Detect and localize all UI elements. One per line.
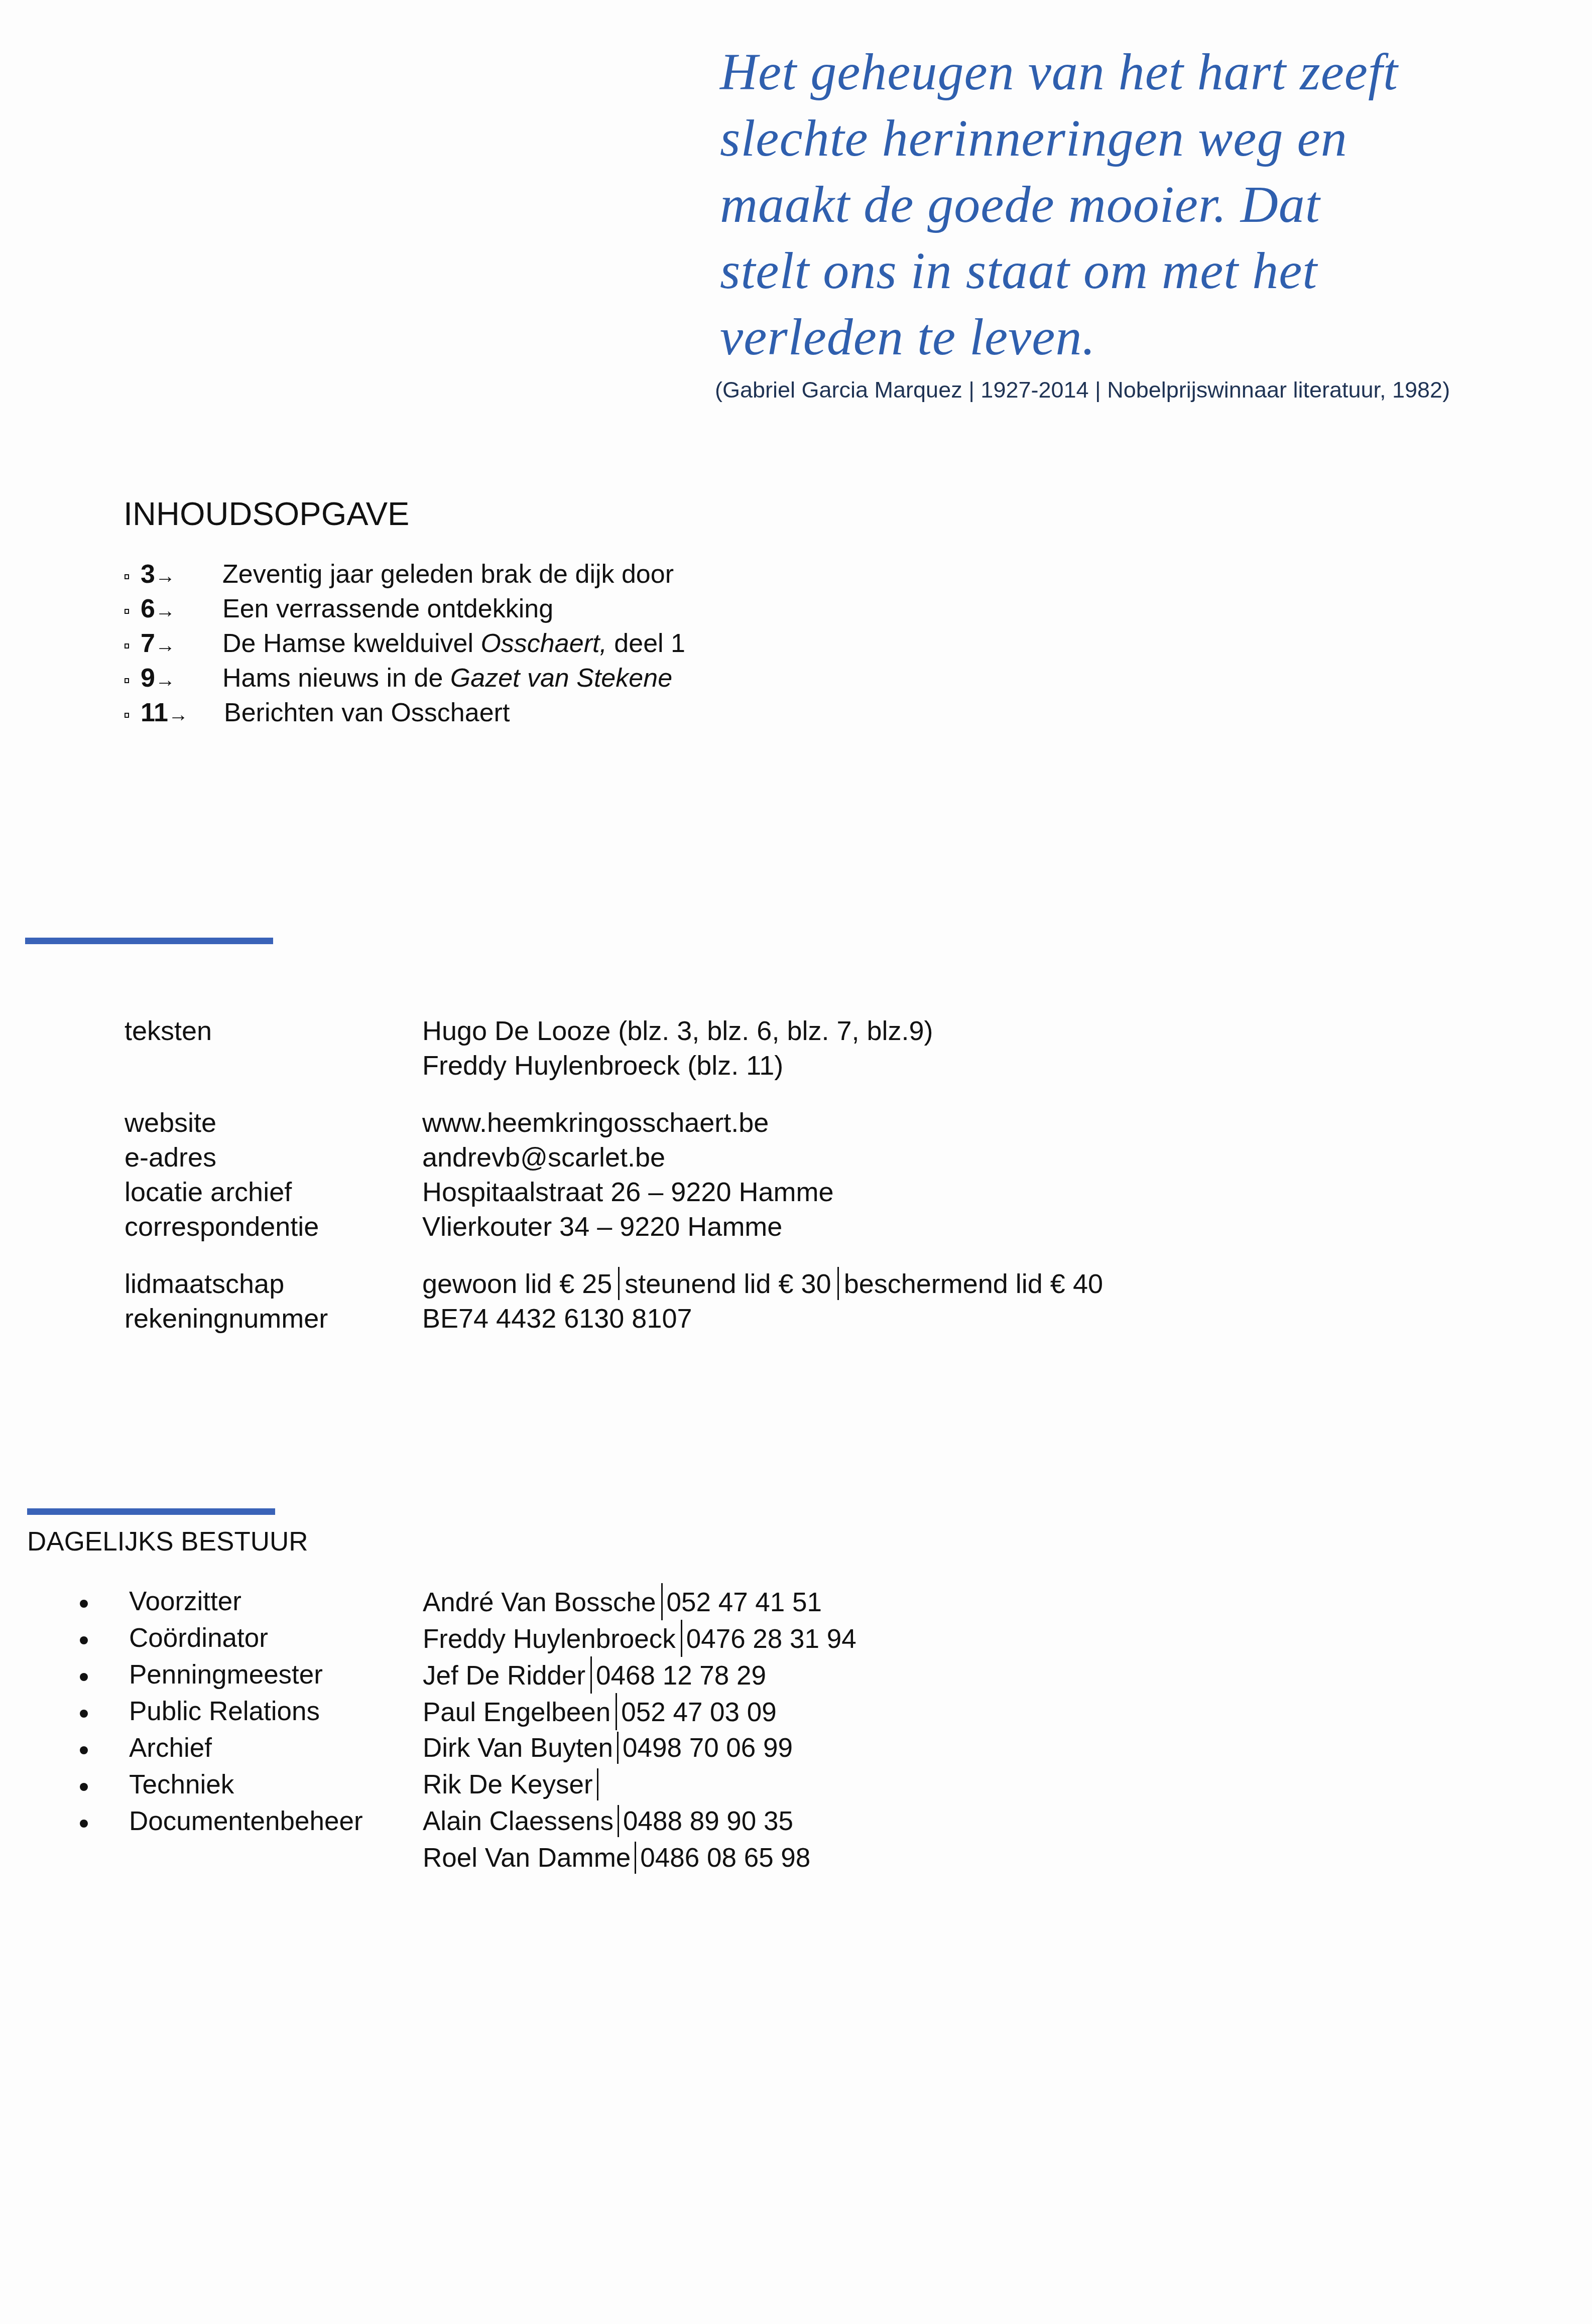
- bullet-icon: [80, 1636, 88, 1644]
- section-divider-board: [27, 1508, 275, 1515]
- square-bullet-icon: [125, 609, 129, 614]
- toc-page-number: 3→: [141, 557, 175, 594]
- quote-line: slechte herinneringen weg en: [720, 105, 1398, 172]
- square-bullet-icon: [125, 643, 129, 649]
- member-name: Jef De Ridder: [423, 1661, 585, 1691]
- toc-title-part: Zeventig jaar geleden brak de dijk door: [222, 560, 674, 589]
- board-role: Coördinator: [129, 1620, 268, 1656]
- member-phone: 052 47 41 51: [667, 1588, 822, 1617]
- quote-line: Het geheugen van het hart zeeft: [720, 39, 1398, 105]
- quote-line: stelt ons in staat om met het: [720, 238, 1398, 304]
- member-phone: 0486 08 65 98: [640, 1843, 810, 1873]
- colophon-label: locatie archief: [125, 1175, 292, 1210]
- toc-item-title: Zeventig jaar geleden brak de dijk door: [222, 557, 674, 592]
- board-contact: Roel Van Damme0486 08 65 98: [423, 1840, 810, 1876]
- colophon-value[interactable]: www.heemkringosschaert.be: [422, 1106, 769, 1140]
- member-phone: 052 47 03 09: [621, 1698, 776, 1727]
- right-arrow-icon: →: [168, 704, 188, 726]
- board-heading: DAGELIJKS BESTUUR: [27, 1527, 308, 1557]
- separator-bar: [681, 1620, 682, 1657]
- right-arrow-icon: →: [155, 669, 175, 691]
- member-name: André Van Bossche: [423, 1588, 656, 1617]
- separator-bar: [635, 1842, 636, 1874]
- quote-line: verleden te leven.: [720, 304, 1398, 370]
- colophon-value: Hugo De Looze (blz. 3, blz. 6, blz. 7, b…: [422, 1014, 933, 1049]
- colophon-value: Vlierkouter 34 – 9220 Hamme: [422, 1210, 782, 1244]
- board-contact: Dirk Van Buyten0498 70 06 99: [423, 1730, 793, 1766]
- board-role: Penningmeester: [129, 1656, 323, 1693]
- toc-title-part: Osschaert,: [480, 629, 606, 658]
- colophon-label: website: [125, 1106, 216, 1140]
- toc-item-title: Berichten van Osschaert: [224, 696, 510, 730]
- board-role: Voorzitter: [129, 1583, 241, 1620]
- member-name: Roel Van Damme: [423, 1843, 631, 1873]
- board-contact: Jef De Ridder0468 12 78 29: [423, 1656, 766, 1694]
- board-contact: Rik De Keyser: [423, 1766, 602, 1803]
- toc-title-part: deel 1: [607, 629, 685, 658]
- square-bullet-icon: [125, 713, 129, 718]
- account-label: rekeningnummer: [125, 1302, 328, 1336]
- colophon-label: e-adres: [125, 1140, 216, 1175]
- toc-page-number: 7→: [141, 626, 175, 663]
- separator-bar: [590, 1656, 592, 1694]
- separator-bar: [618, 1267, 620, 1300]
- separator-bar: [597, 1768, 598, 1800]
- account-number: BE74 4432 6130 8107: [422, 1302, 692, 1336]
- member-name: Paul Engelbeen: [423, 1698, 610, 1727]
- board-contact: André Van Bossche052 47 41 51: [423, 1583, 822, 1621]
- separator-bar: [837, 1267, 839, 1300]
- right-arrow-icon: →: [155, 600, 175, 622]
- separator-bar: [618, 1805, 619, 1837]
- bullet-icon: [80, 1600, 88, 1608]
- square-bullet-icon: [125, 678, 129, 683]
- bullet-icon: [80, 1673, 88, 1681]
- separator-bar: [617, 1732, 619, 1764]
- right-arrow-icon: →: [155, 565, 175, 587]
- toc-title-part: Berichten van Osschaert: [224, 698, 510, 727]
- board-role: Archief: [129, 1730, 212, 1766]
- square-bullet-icon: [125, 574, 129, 579]
- toc-page-number: 9→: [141, 661, 175, 698]
- member-name: Freddy Huylenbroeck: [423, 1624, 676, 1654]
- toc-item-title: Hams nieuws in de Gazet van Stekene: [222, 661, 672, 696]
- colophon-label: teksten: [125, 1014, 212, 1049]
- toc-title-part: Hams nieuws in de: [222, 664, 450, 693]
- board-role: Public Relations: [129, 1693, 320, 1730]
- member-phone: 0476 28 31 94: [686, 1624, 856, 1654]
- membership-options: gewoon lid € 25steunend lid € 30bescherm…: [422, 1267, 1103, 1302]
- toc-title-part: Gazet van Stekene: [450, 664, 672, 693]
- member-name: Alain Claessens: [423, 1806, 614, 1836]
- toc-heading: INHOUDSOPGAVE: [124, 496, 409, 532]
- toc-item-title: Een verrassende ontdekking: [222, 592, 553, 626]
- board-contact: Paul Engelbeen052 47 03 09: [423, 1693, 777, 1731]
- board-contact: Alain Claessens0488 89 90 35: [423, 1803, 793, 1840]
- right-arrow-icon: →: [155, 634, 175, 657]
- colophon-label: correspondentie: [125, 1210, 319, 1244]
- toc-title-part: De Hamse kwelduivel: [222, 629, 480, 658]
- board-role: Documentenbeheer: [129, 1803, 363, 1840]
- member-name: Dirk Van Buyten: [423, 1733, 613, 1763]
- member-phone: 0498 70 06 99: [623, 1733, 793, 1763]
- bullet-icon: [80, 1746, 88, 1754]
- toc-item-title: De Hamse kwelduivel Osschaert, deel 1: [222, 626, 685, 661]
- colophon-value: Hospitaalstraat 26 – 9220 Hamme: [422, 1175, 833, 1210]
- colophon-value: Freddy Huylenbroeck (blz. 11): [422, 1049, 783, 1083]
- board-contact: Freddy Huylenbroeck0476 28 31 94: [423, 1620, 856, 1657]
- member-phone: 0468 12 78 29: [596, 1661, 766, 1691]
- membership-option: beschermend lid € 40: [844, 1269, 1103, 1299]
- toc-title-part: Een verrassende ontdekking: [222, 594, 553, 623]
- epigraph-quote: Het geheugen van het hart zeeftslechte h…: [720, 39, 1398, 370]
- toc-page-number: 11→: [141, 696, 188, 732]
- toc-page-number: 6→: [141, 592, 175, 628]
- member-name: Rik De Keyser: [423, 1770, 593, 1799]
- bullet-icon: [80, 1783, 88, 1791]
- separator-bar: [661, 1583, 663, 1620]
- quote-attribution: (Gabriel Garcia Marquez | 1927-2014 | No…: [715, 376, 1450, 404]
- bullet-icon: [80, 1710, 88, 1718]
- section-divider-colophon: [25, 938, 273, 944]
- member-phone: 0488 89 90 35: [623, 1806, 793, 1836]
- membership-label: lidmaatschap: [125, 1267, 284, 1302]
- membership-option: gewoon lid € 25: [422, 1269, 612, 1299]
- separator-bar: [616, 1693, 617, 1730]
- membership-option: steunend lid € 30: [625, 1269, 831, 1299]
- colophon-value[interactable]: andrevb@scarlet.be: [422, 1140, 665, 1175]
- quote-line: maakt de goede mooier. Dat: [720, 172, 1398, 238]
- board-role: Techniek: [129, 1766, 234, 1803]
- bullet-icon: [80, 1820, 88, 1828]
